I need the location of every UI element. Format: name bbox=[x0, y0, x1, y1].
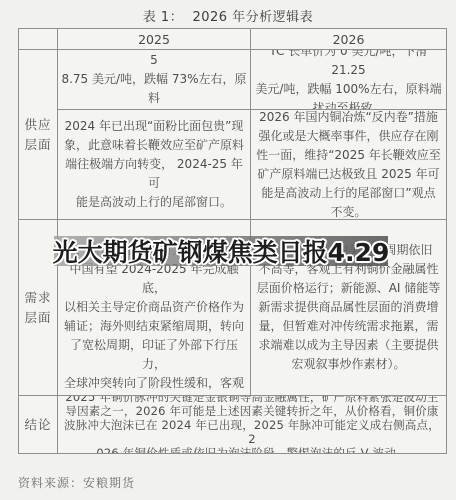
conclusion-row-content: 2025 年铜价脉冲的关键是金银铜等高金融属性，矿产原料紧张是波动主 导因素之一… bbox=[58, 396, 447, 454]
supply-row-label: 供应 层面 bbox=[19, 50, 58, 220]
supply-row1-2025: TC 长单价为 21.25 美元/吨，下滑 5 8.75 美元/吨，跌幅 73%… bbox=[58, 50, 251, 110]
supply-row2-2026: 2026 年国内铜冶炼“反内卷”措施 强化或是大概率事件，供应存在刚 性一面，维… bbox=[251, 110, 447, 220]
supply-row1-2026: TC 长单价为 0 美元/吨，下滑 21.25 美元/吨，跌幅 100%左右，原… bbox=[251, 50, 447, 110]
watermark-banner: 光大期货矿钢煤焦类日报4.29 bbox=[54, 236, 388, 266]
conclusion-row-label: 结论 bbox=[19, 396, 58, 454]
header-corner-cell bbox=[19, 29, 58, 50]
header-2026: 2026 bbox=[251, 29, 447, 50]
watermark-text: 光大期货矿钢煤焦类日报4.29 bbox=[53, 233, 390, 269]
header-2025: 2025 bbox=[58, 29, 251, 50]
supply-row2-2025: 2024 年已出现“面粉比面包贵”现 象，此意味着长鞭效应至矿产原料 端往极端方… bbox=[58, 110, 251, 220]
source-note: 资料来源：安粮期货 bbox=[18, 474, 135, 491]
table-title: 表 1： 2026 年分析逻辑表 bbox=[0, 6, 456, 25]
